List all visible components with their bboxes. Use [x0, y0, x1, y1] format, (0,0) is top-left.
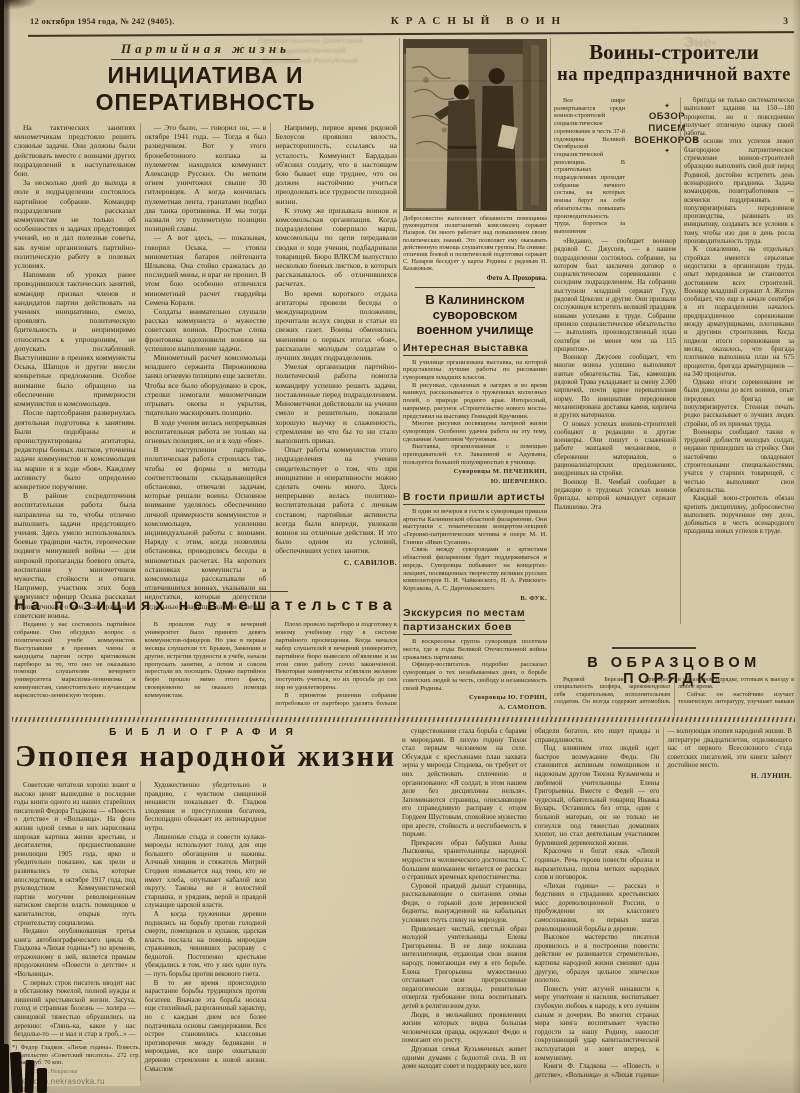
- paragraph: «Лихая година» — рассказ о бедствиях и с…: [535, 882, 660, 934]
- paragraph: На тактических занятиях минометчикам пре…: [14, 123, 136, 178]
- paragraph: — А вот здесь, — показывая, говорил Осык…: [145, 233, 267, 307]
- paragraph: В училище организована выставка, на кото…: [403, 359, 547, 382]
- signature: А. САМОНОВ.: [403, 704, 547, 712]
- paragraph: После партсобрания развернулась деятельн…: [14, 408, 136, 491]
- paragraph: Например, первое время рядовой Белоусов …: [275, 123, 397, 206]
- paragraph: «Недавно, — сообщает военкор рядовой С. …: [554, 238, 676, 354]
- signature: С. САВИЛОВ.: [275, 558, 397, 567]
- paragraph: В один из вечеров в гости к суворовцам п…: [403, 508, 547, 547]
- paragraph: Многие рисунки посвящены лагерной жизни …: [403, 420, 547, 443]
- noninterference-headline: На позициях невмешательства: [14, 597, 397, 615]
- paragraph: Все шире развертывается среди воинов-стр…: [554, 97, 625, 233]
- signature: Н. ЛУНИН.: [667, 772, 792, 781]
- paragraph: В ходе учения велась непрерывная воспита…: [145, 418, 267, 446]
- paragraph: Связь между суворовцами и артистами обла…: [403, 546, 547, 592]
- column-rule: [680, 97, 681, 624]
- scan-edge-shadow: [0, 0, 11, 1093]
- lead-headline: ИНИЦИАТИВА И ОПЕРАТИВНОСТЬ: [14, 62, 397, 116]
- paragraph: Офицер-воспитатель подробно рассказал су…: [403, 661, 547, 692]
- builders-headline-line2: на предпраздничной вахте: [554, 65, 794, 86]
- zigzag-divider: [12, 717, 795, 722]
- paragraph: Каждый воин-строитель обязан крепить дис…: [684, 495, 794, 536]
- paragraph: Лишенные стыда и совести кулаки-мироеды …: [145, 833, 267, 910]
- paragraph: К сожалению, на отдельных стройках имеют…: [684, 246, 794, 379]
- article-initiative: Партийная жизнь ИНИЦИАТИВА И ОПЕРАТИВНОС…: [14, 40, 397, 620]
- builders-headline-line1: Воины-строители: [554, 40, 794, 65]
- suvorov-headline: В Калининском суворовском военном училищ…: [403, 292, 547, 337]
- paragraph: А когда труженики деревни поднялись на б…: [145, 910, 267, 979]
- newspaper-page: { "masthead": { "issue_line": "12 октябр…: [0, 0, 800, 1093]
- photo-caption: Добросовестно выполняет обязанности помо…: [403, 215, 547, 273]
- paragraph: В воскресенье группа суворовцев посетила…: [403, 638, 547, 661]
- paragraph: Повесть учит жгучей ненависти к миру угн…: [535, 985, 660, 1062]
- paragraph: В то же время происходило нарастание бор…: [145, 979, 267, 1074]
- newspaper-title: КРАСНЫЙ ВОИН: [175, 15, 784, 27]
- subhead-text: партизанских боев: [403, 621, 512, 635]
- photo-credit: Фото А. Прохорова.: [403, 275, 547, 282]
- paragraph: О новых успехах воинов-строителей сообща…: [554, 421, 676, 479]
- paragraph: Плохо провело партбюро и подготовку к но…: [275, 621, 397, 692]
- exhibition-body: В училище организована выставка, на кото…: [403, 359, 547, 486]
- paragraph: Под влиянием этих людей идет быстрое воз…: [535, 744, 660, 847]
- divider-rule: [128, 591, 288, 592]
- photo-soldiers-at-map: [403, 39, 547, 211]
- scan-ink-mark: [0, 1044, 9, 1093]
- paragraph: В наступлении партийно-политическая рабо…: [145, 445, 267, 611]
- paragraph: Однако итоги соревнования не были доведе…: [684, 379, 794, 429]
- builders-right-column: бригада не только систематически выполня…: [684, 97, 794, 624]
- scan-corner-smudge: [0, 0, 52, 13]
- paragraph: Военкоры сообщают также о трудовой добле…: [684, 429, 794, 495]
- subhead-excursion: Экскурсия по местам партизанских боев: [403, 607, 547, 635]
- section-kicker-wrap: Партийная жизнь: [14, 40, 397, 60]
- column-rule: [550, 38, 551, 717]
- paragraph: В основе этих успехов лежит благородное …: [684, 138, 794, 246]
- masthead: 12 октября 1954 года, № 242 (9405). КРАС…: [30, 15, 788, 27]
- subhead-text: В гости пришли артисты: [403, 491, 545, 505]
- scan-ink-mark: [10, 1052, 23, 1093]
- paragraph: Солдаты внимательно слушали рассказ комм…: [145, 307, 267, 353]
- paragraph: Высокое мастерство писателя проявилось и…: [535, 933, 660, 985]
- divider-rule: [612, 647, 696, 649]
- paragraph: Во время короткого отдыха агитаторы пров…: [275, 289, 397, 363]
- paragraph: В рисунках, сделанных в лагерях и во вре…: [403, 382, 547, 421]
- scan-ink-mark: [37, 1068, 47, 1093]
- bibliography-left-columns: Советские читатели хорошо знают и высоко…: [14, 781, 397, 1081]
- middle-column: Добросовестно выполняет обязанности помо…: [403, 39, 547, 717]
- divider-rule: [415, 287, 535, 288]
- paragraph: Опыт работы коммунистов этого подразделе…: [275, 445, 397, 555]
- subhead-artists: В гости пришли артисты: [403, 491, 547, 505]
- signature: В. ФУК.: [403, 595, 547, 603]
- paragraph: Люди, в мельчайших проявлениях жизни кот…: [402, 1011, 527, 1045]
- paragraph: Советские читатели хорошо знают и высоко…: [14, 781, 136, 927]
- paragraph: Художественно убедительно и правдиво, с …: [145, 781, 267, 833]
- bibliography-headline: Эпопея народной жизни: [14, 738, 397, 774]
- builders-left-column: «Недавно, — сообщает военкор рядовой С. …: [554, 238, 676, 624]
- paragraph: Военкор Джусоев сообщает, что многие вои…: [554, 354, 676, 420]
- issue-date-number: 12 октября 1954 года, № 242 (9405).: [30, 16, 175, 26]
- paragraph: Недавно опубликованная третья книга авто…: [14, 927, 136, 979]
- subhead-exhibition: Интересная выставка: [403, 342, 547, 356]
- footnote-rule: [12, 1040, 82, 1041]
- photo-illustration: [404, 40, 546, 210]
- lead-article-body: На тактических занятиях минометчикам пре…: [14, 123, 397, 620]
- page-number: 3: [783, 17, 788, 27]
- paragraph: Суровой правдой дышат страницы, рассказы…: [402, 882, 527, 925]
- paragraph: Прекрасен образ бабушки Анны Лысковны, х…: [402, 839, 527, 882]
- bibliography-right-columns: существования стала борьба с барами и ми…: [402, 727, 792, 1083]
- artists-body: В один из вечеров в гости к суворовцам п…: [403, 508, 547, 602]
- paragraph: Красочен и богат язык «Лихой годины». Ре…: [535, 847, 660, 881]
- section-kicker: Партийная жизнь: [111, 41, 300, 60]
- signature: Суворовцы Ю. ГОРИН,: [403, 694, 547, 702]
- paragraph: В прошлом году в вечерний университет бы…: [145, 621, 267, 700]
- paragraph: Напомнив об уроках ранее проводившихся т…: [14, 270, 136, 408]
- signature: Ю. ШЕВЧЕНКО.: [403, 478, 547, 486]
- paragraph: Умелая организация партийно-политической…: [275, 362, 397, 445]
- paragraph: Выставка, организованная с помощью препо…: [403, 443, 547, 466]
- signature: Суворовцы М. ПЕЧЕНКИН,: [403, 468, 547, 476]
- subhead-text: Экскурсия по местам: [403, 607, 525, 621]
- paragraph: К этому же призывала воинов и комсомольс…: [275, 206, 397, 289]
- builders-intro-column: Все шире развертывается среди воинов-стр…: [554, 97, 625, 233]
- paragraph: За несколько дней до выхода в поле в под…: [14, 178, 136, 270]
- paragraph: Привлекает чистый, светлый образ молодой…: [402, 925, 527, 1011]
- scan-ink-mark: [24, 1060, 34, 1093]
- column-rule: [399, 38, 400, 717]
- paragraph: Минометный расчет комсомольца младшего с…: [145, 353, 267, 417]
- bibliography-label: БИБЛИОГРАФИЯ: [14, 727, 397, 738]
- paragraph: бригада не только систематически выполня…: [684, 97, 794, 138]
- paragraph: существования стала борьба с барами и ми…: [402, 727, 527, 839]
- paragraph: Недавно у нас состоялось партийное собра…: [14, 621, 136, 700]
- paragraph: Военкор В. Чембай сообщает в редакцию о …: [554, 479, 676, 512]
- exemplary-body: Рядовой Березин приобрел специальность ш…: [554, 676, 794, 716]
- paragraph: — Это было, — говорил он, — в октябре 19…: [145, 123, 267, 233]
- excursion-body: В воскресенье группа суворовцев посетила…: [403, 638, 547, 711]
- noninterference-body: Недавно у нас состоялось партийное собра…: [14, 621, 397, 715]
- subhead-text: Интересная выставка: [403, 342, 528, 356]
